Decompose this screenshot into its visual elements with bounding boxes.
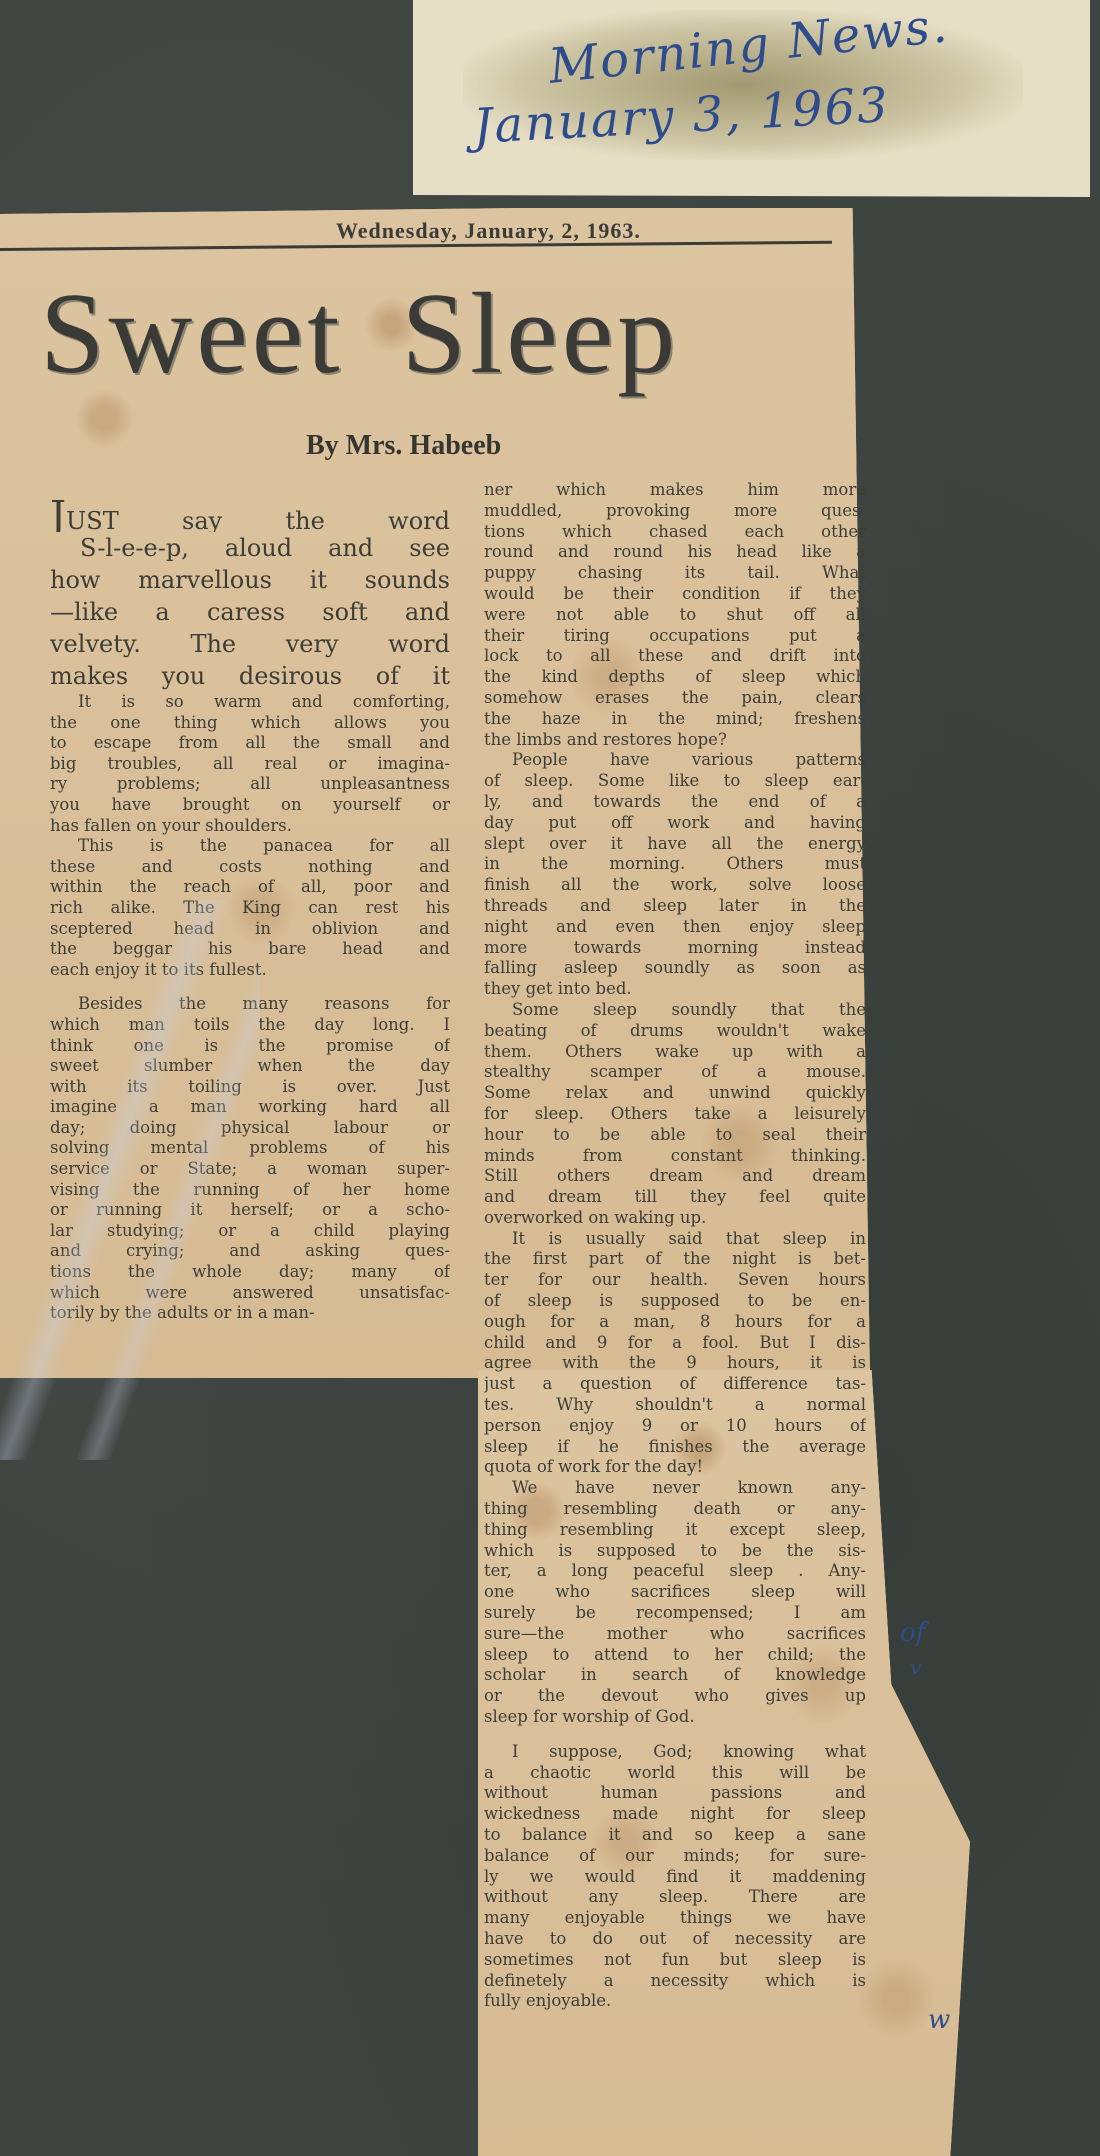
- article-line: day; doing physical labour or: [50, 1118, 450, 1139]
- article-line: within the reach of all, poor and: [50, 877, 450, 898]
- article-line: big troubles, all real or imagina-: [50, 754, 450, 775]
- article-line: tes. Why shouldn't a normal: [484, 1395, 866, 1416]
- article-line: ry problems; all unpleasantness: [50, 774, 450, 795]
- article-line: the limbs and restores hope?: [484, 730, 866, 751]
- article-line: scholar in search of knowledge: [484, 1665, 866, 1686]
- article-line: agree with the 9 hours, it is: [484, 1353, 866, 1374]
- article-line: a chaotic world this will be: [484, 1763, 866, 1784]
- article-line: the first part of the night is bet-: [484, 1249, 866, 1270]
- article-line: sweet slumber when the day: [50, 1056, 450, 1077]
- article-line: Some sleep soundly that the: [484, 1000, 866, 1021]
- article-line: the kind depths of sleep which: [484, 667, 866, 688]
- article-line: thing resembling it except sleep,: [484, 1520, 866, 1541]
- paragraph-gap: [484, 1728, 866, 1742]
- article-line: This is the panacea for all: [50, 836, 450, 857]
- article-line: has fallen on your shoulders.: [50, 816, 450, 837]
- article-line: have to do out of necessity are: [484, 1929, 866, 1950]
- left-column-body: It is so warm and comforting,the one thi…: [50, 692, 450, 1324]
- article-line: lock to all these and drift into: [484, 646, 866, 667]
- article-line: which were answered unsatisfac-: [50, 1283, 450, 1304]
- article-line: Some relax and unwind quickly: [484, 1083, 866, 1104]
- article-line: wickedness made night for sleep: [484, 1804, 866, 1825]
- article-line: or the devout who gives up: [484, 1686, 866, 1707]
- article-line: would be their condition if they: [484, 584, 866, 605]
- drop-cap: J: [50, 500, 66, 532]
- lead-line: —like a caress soft and: [50, 596, 450, 628]
- article-line: round and round his head like a: [484, 542, 866, 563]
- article-line: person enjoy 9 or 10 hours of: [484, 1416, 866, 1437]
- article-line: sure—the mother who sacrifices: [484, 1624, 866, 1645]
- article-line: surely be recompensed; I am: [484, 1603, 866, 1624]
- article-line: ly, and towards the end of a: [484, 792, 866, 813]
- article-line: overworked on waking up.: [484, 1208, 866, 1229]
- article-line: puppy chasing its tail. What: [484, 563, 866, 584]
- handwritten-note-card: Morning News. January 3, 1963: [413, 0, 1090, 197]
- article-line: finish all the work, solve loose: [484, 875, 866, 896]
- article-line: We have never known any-: [484, 1478, 866, 1499]
- article-line: It is so warm and comforting,: [50, 692, 450, 713]
- article-line: ter, a long peaceful sleep . Any-: [484, 1561, 866, 1582]
- article-line: rich alike. The King can rest his: [50, 898, 450, 919]
- article-line: their tiring occupations put a: [484, 626, 866, 647]
- article-line: sceptered head in oblivion and: [50, 919, 450, 940]
- headline: SweetSleep: [40, 268, 679, 401]
- article-line: vising the running of her home: [50, 1180, 450, 1201]
- article-line: tions the whole day; many of: [50, 1262, 450, 1283]
- article-line: sleep to attend to her child; the: [484, 1645, 866, 1666]
- article-line: think one is the promise of: [50, 1036, 450, 1057]
- article-column-left: JUST say the wordS-l-e-e-p, aloud and se…: [50, 500, 450, 1324]
- article-line: quota of work for the day!: [484, 1457, 866, 1478]
- article-line: these and costs nothing and: [50, 857, 450, 878]
- article-line: service or State; a woman super-: [50, 1159, 450, 1180]
- article-line: Still others dream and dream: [484, 1166, 866, 1187]
- article-line: Besides the many reasons for: [50, 994, 450, 1015]
- margin-annotation-v: v: [910, 1655, 921, 1679]
- article-line: It is usually said that sleep in: [484, 1229, 866, 1250]
- margin-annotation-w: w: [928, 2005, 950, 2035]
- article-line: in the morning. Others must: [484, 854, 866, 875]
- article-line: of sleep is supposed to be en-: [484, 1291, 866, 1312]
- article-column-right: ner which makes him moremuddled, provoki…: [484, 480, 866, 2012]
- byline: By Mrs. Habeeb: [306, 430, 501, 462]
- article-line: were not able to shut off all: [484, 605, 866, 626]
- lead-line: makes you desirous of it: [50, 660, 450, 692]
- article-line: or running it herself; or a scho-: [50, 1200, 450, 1221]
- article-line: sleep for worship of God.: [484, 1707, 866, 1728]
- article-line: tions which chased each other: [484, 522, 866, 543]
- article-line: more towards morning instead: [484, 938, 866, 959]
- lead-line: S-l-e-e-p, aloud and see: [50, 532, 450, 564]
- article-line: you have brought on yourself or: [50, 795, 450, 816]
- article-line: ough for a man, 8 hours for a: [484, 1312, 866, 1333]
- article-line: night and even then enjoy sleep: [484, 917, 866, 938]
- article-line: day put off work and having: [484, 813, 866, 834]
- article-line: ner which makes him more: [484, 480, 866, 501]
- margin-annotation-of: of: [900, 1618, 925, 1648]
- lead-paragraph: JUST say the wordS-l-e-e-p, aloud and se…: [50, 500, 450, 692]
- article-line: balance of our minds; for sure-: [484, 1846, 866, 1867]
- article-line: thing resembling death or any-: [484, 1499, 866, 1520]
- article-line: the one thing which allows you: [50, 713, 450, 734]
- article-line: many enjoyable things we have: [484, 1908, 866, 1929]
- article-line: to balance it and so keep a sane: [484, 1825, 866, 1846]
- article-line: of sleep. Some like to sleep ear-: [484, 771, 866, 792]
- article-line: which man toils the day long. I: [50, 1015, 450, 1036]
- article-line: threads and sleep later in the: [484, 896, 866, 917]
- article-line: sometimes not fun but sleep is: [484, 1950, 866, 1971]
- article-line: solving mental problems of his: [50, 1138, 450, 1159]
- dateline: Wednesday, January, 2, 1963.: [336, 218, 641, 244]
- article-line: fully enjoyable.: [484, 1991, 866, 2012]
- article-line: they get into bed.: [484, 979, 866, 1000]
- headline-word-1: Sweet: [40, 270, 344, 398]
- article-line: People have various patterns: [484, 750, 866, 771]
- article-line: which is supposed to be the sis-: [484, 1541, 866, 1562]
- article-line: definetely a necessity which is: [484, 1971, 866, 1992]
- article-line: them. Others wake up with a: [484, 1042, 866, 1063]
- article-line: minds from constant thinking.: [484, 1146, 866, 1167]
- article-line: just a question of difference tas-: [484, 1374, 866, 1395]
- article-line: without human passions and: [484, 1783, 866, 1804]
- article-line: hour to be able to seal their: [484, 1125, 866, 1146]
- article-line: the beggar his bare head and: [50, 939, 450, 960]
- article-line: I suppose, God; knowing what: [484, 1742, 866, 1763]
- lead-line: how marvellous it sounds: [50, 564, 450, 596]
- article-line: for sleep. Others take a leisurely: [484, 1104, 866, 1125]
- article-line: ly we would find it maddening: [484, 1867, 866, 1888]
- article-line: with its toiling is over. Just: [50, 1077, 450, 1098]
- article-line: without any sleep. There are: [484, 1887, 866, 1908]
- article-line: muddled, provoking more ques-: [484, 501, 866, 522]
- article-line: each enjoy it to its fullest.: [50, 960, 450, 981]
- article-line: torily by the adults or in a man-: [50, 1303, 450, 1324]
- article-line: beating of drums wouldn't wake: [484, 1021, 866, 1042]
- article-line: stealthy scamper of a mouse.: [484, 1062, 866, 1083]
- article-line: and dream till they feel quite: [484, 1187, 866, 1208]
- article-line: child and 9 for a fool. But I dis-: [484, 1333, 866, 1354]
- headline-word-2: Sleep: [402, 270, 680, 398]
- article-line: the haze in the mind; freshens: [484, 709, 866, 730]
- article-line: imagine a man working hard all: [50, 1097, 450, 1118]
- article-line: one who sacrifices sleep will: [484, 1582, 866, 1603]
- article-line: lar studying; or a child playing: [50, 1221, 450, 1242]
- lead-line: velvety. The very word: [50, 628, 450, 660]
- article-line: ter for our health. Seven hours: [484, 1270, 866, 1291]
- article-line: to escape from all the small and: [50, 733, 450, 754]
- article-line: and crying; and asking ques-: [50, 1241, 450, 1262]
- paragraph-gap: [50, 980, 450, 994]
- article-line: slept over it have all the energy: [484, 834, 866, 855]
- article-line: sleep if he finishes the average: [484, 1437, 866, 1458]
- article-line: somehow erases the pain, clears: [484, 688, 866, 709]
- lead-line: JUST say the word: [50, 500, 450, 532]
- article-line: falling asleep soundly as soon as: [484, 958, 866, 979]
